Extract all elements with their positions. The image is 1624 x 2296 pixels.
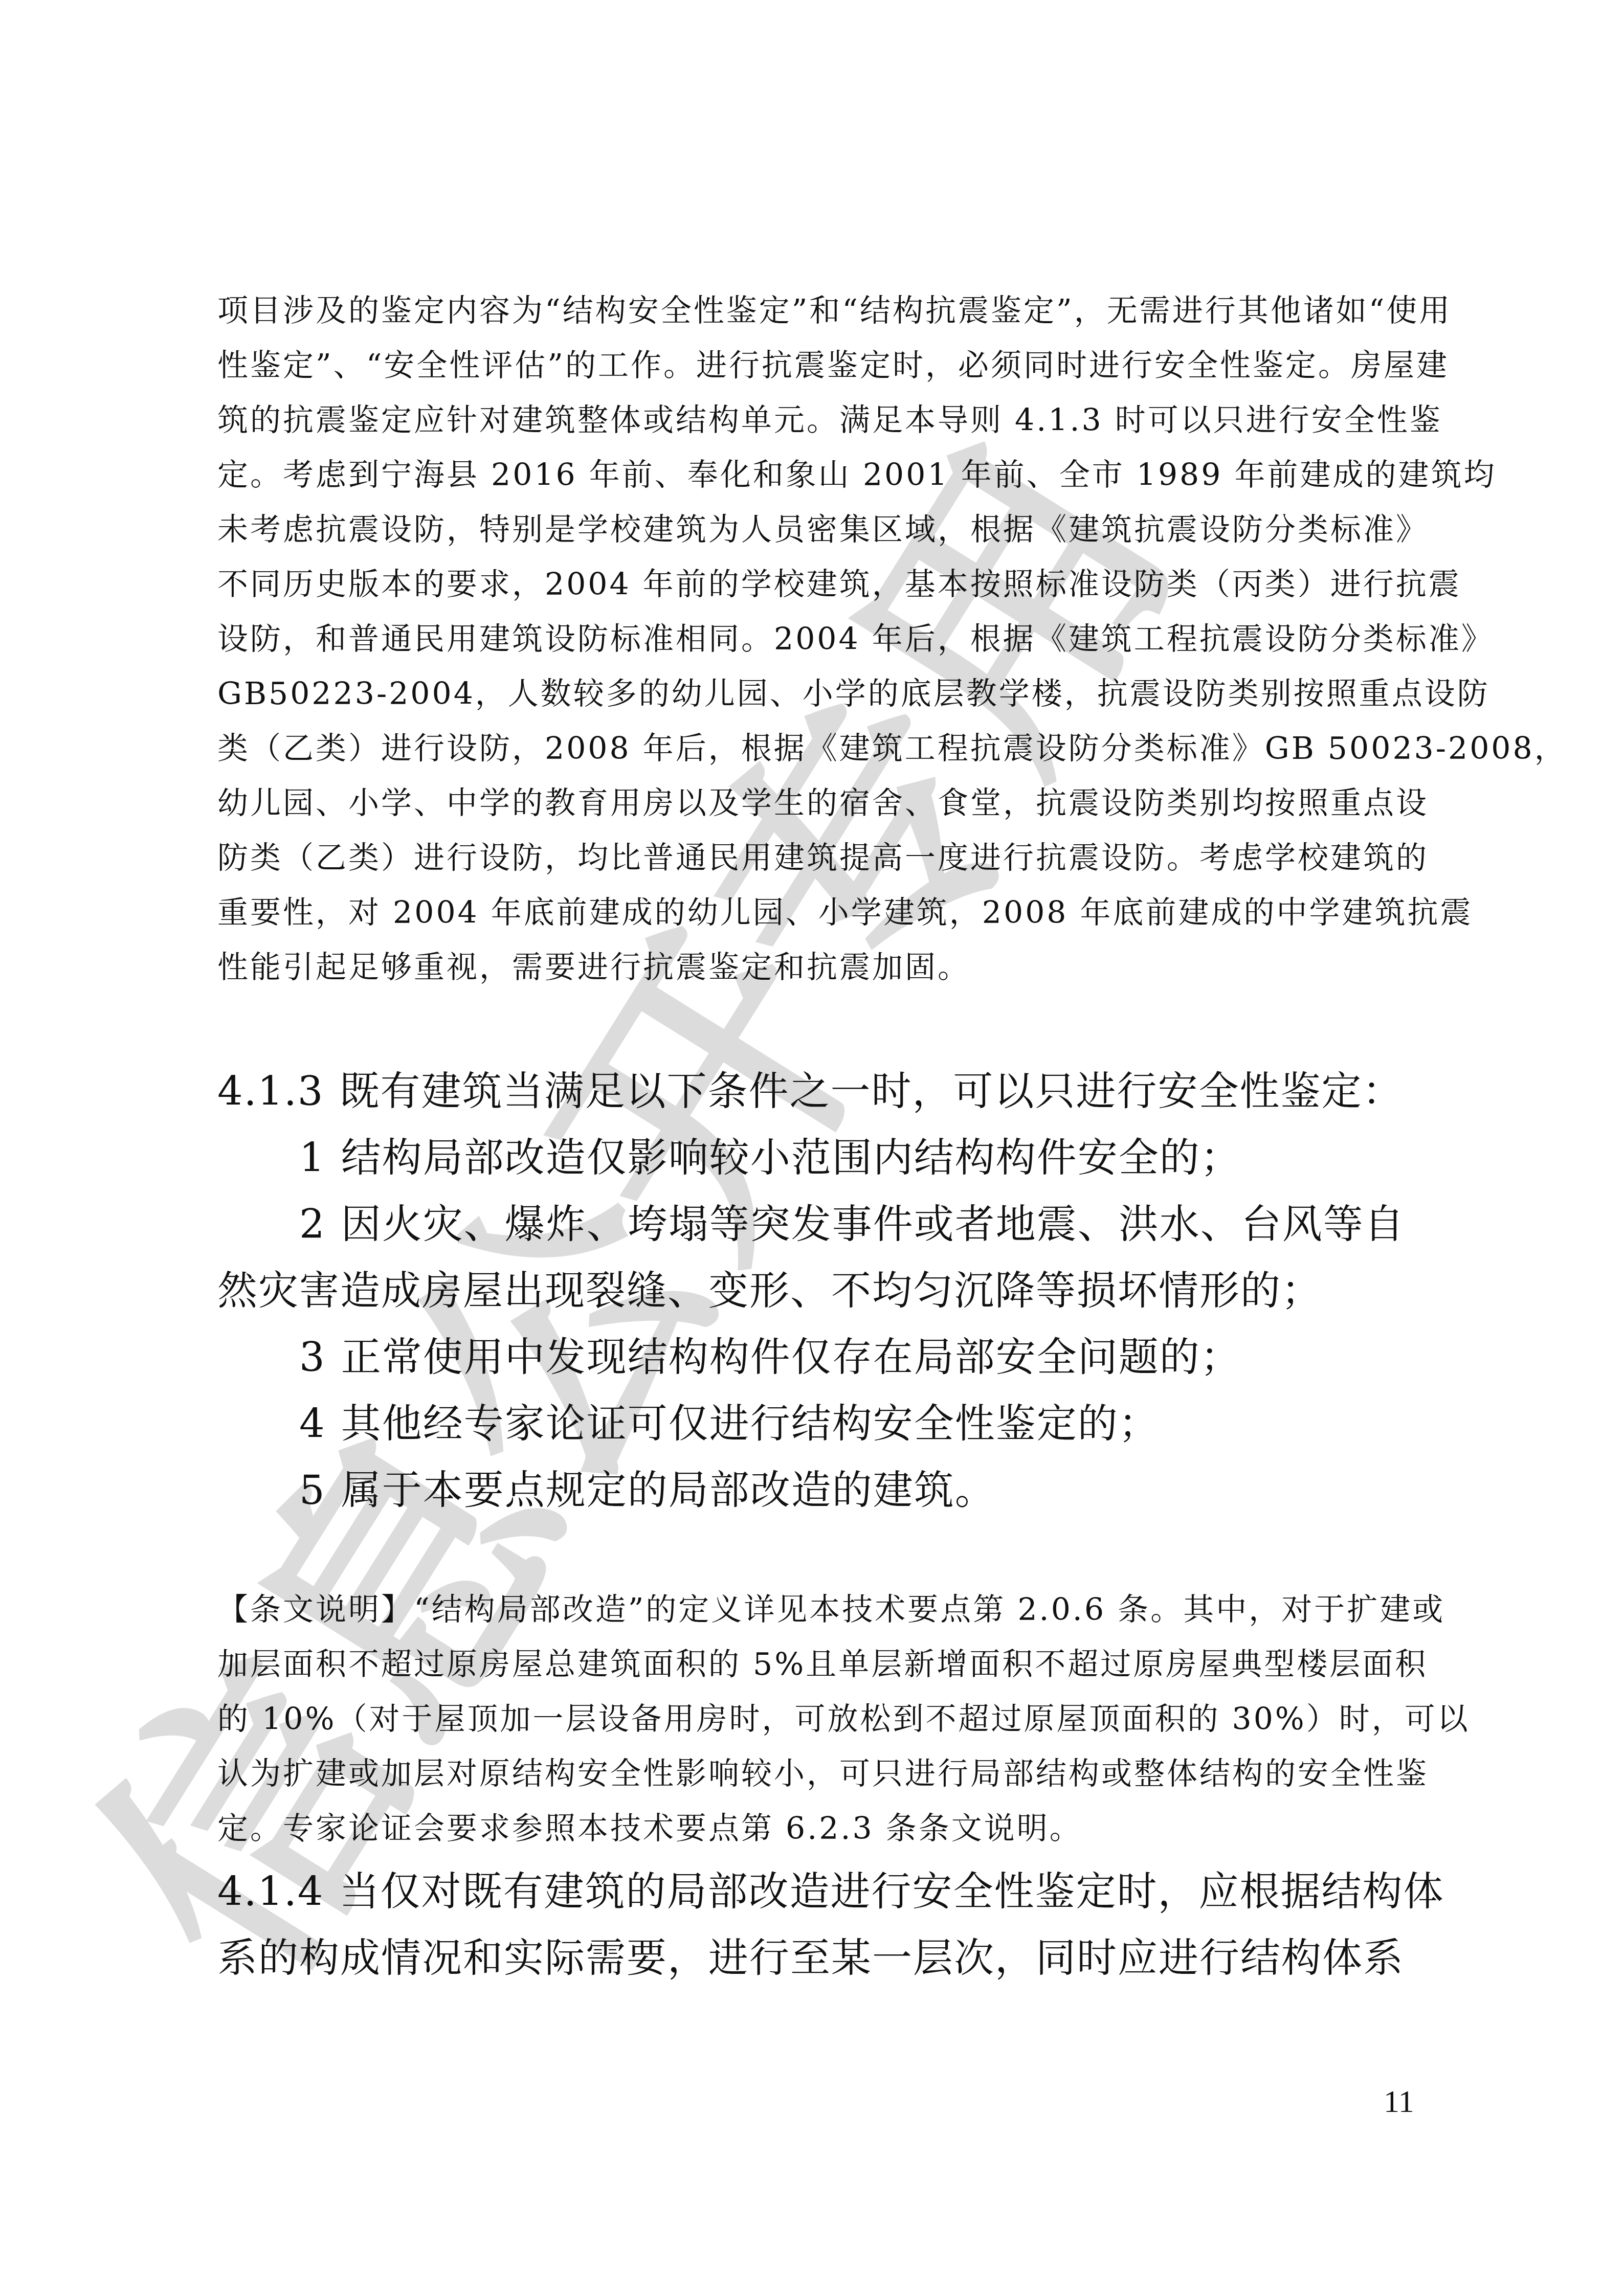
clause-number: 4.1.3 — [217, 1069, 324, 1115]
item-number: 5 — [299, 1468, 326, 1514]
paragraph-line: 防类（乙类）进行设防，均比普通民用建筑提高一度进行抗震设防。考虑学校建筑的 — [217, 831, 1412, 886]
clause-item-2: 2因火灾、爆炸、垮塌等突发事件或者地震、洪水、台风等自 — [217, 1191, 1412, 1258]
clause-text: 既有建筑当满足以下条件之一时，可以只进行安全性鉴定： — [339, 1069, 1403, 1115]
clause-heading: 4.1.4当仅对既有建筑的局部改造进行安全性鉴定时，应根据结构体 — [217, 1859, 1412, 1925]
item-text: 其他经专家论证可仅进行结构安全性鉴定的； — [341, 1401, 1160, 1447]
clause-4-1-3: 4.1.3既有建筑当满足以下条件之一时，可以只进行安全性鉴定： 1结构局部改造仅… — [217, 1059, 1412, 1524]
explanation-line: 定。专家论证会要求参照本技术要点第 6.2.3 条条文说明。 — [217, 1802, 1412, 1856]
document-page: 信息公开专用 项目涉及的鉴定内容为“结构安全性鉴定”和“结构抗震鉴定”，无需进行… — [0, 0, 1624, 2296]
clause-item-5: 5属于本要点规定的局部改造的建筑。 — [217, 1457, 1412, 1524]
item-text: 因火灾、爆炸、垮塌等突发事件或者地震、洪水、台风等自 — [341, 1202, 1405, 1248]
paragraph-line: 性能引起足够重视，需要进行抗震鉴定和抗震加固。 — [217, 940, 1412, 995]
item-number: 4 — [299, 1401, 326, 1447]
clause-number: 4.1.4 — [217, 1869, 324, 1915]
explanation-text: “结构局部改造”的定义详见本技术要点第 2.0.6 条。其中，对于扩建或 — [414, 1592, 1445, 1628]
clause-explanation: 【条文说明】“结构局部改造”的定义详见本技术要点第 2.0.6 条。其中，对于扩… — [217, 1583, 1412, 1856]
paragraph-line: 项目涉及的鉴定内容为“结构安全性鉴定”和“结构抗震鉴定”，无需进行其他诸如“使用 — [217, 284, 1412, 339]
page-number: 11 — [1384, 2084, 1414, 2120]
explanation-paragraph-1: 项目涉及的鉴定内容为“结构安全性鉴定”和“结构抗震鉴定”，无需进行其他诸如“使用… — [217, 284, 1412, 995]
explanation-line: 【条文说明】“结构局部改造”的定义详见本技术要点第 2.0.6 条。其中，对于扩… — [217, 1583, 1412, 1637]
item-number: 3 — [299, 1335, 326, 1381]
paragraph-line: 性鉴定”、“安全性评估”的工作。进行抗震鉴定时，必须同时进行安全性鉴定。房屋建 — [217, 339, 1412, 393]
explanation-line: 认为扩建或加层对原结构安全性影响较小，可只进行局部结构或整体结构的安全性鉴 — [217, 1747, 1412, 1802]
clause-heading: 4.1.3既有建筑当满足以下条件之一时，可以只进行安全性鉴定： — [217, 1059, 1412, 1125]
paragraph-line: 定。考虑到宁海县 2016 年前、奉化和象山 2001 年前、全市 1989 年… — [217, 448, 1412, 503]
paragraph-line: 类（乙类）进行设防，2008 年后，根据《建筑工程抗震设防分类标准》GB 500… — [217, 722, 1412, 776]
explanation-line: 加层面积不超过原房屋总建筑面积的 5%且单层新增面积不超过原房屋典型楼层面积 — [217, 1637, 1412, 1692]
explanation-line: 的 10%（对于屋顶加一层设备用房时，可放松到不超过原屋顶面积的 30%）时，可… — [217, 1692, 1412, 1747]
paragraph-line: 不同历史版本的要求，2004 年前的学校建筑，基本按照标准设防类（丙类）进行抗震 — [217, 557, 1412, 612]
clause-4-1-4: 4.1.4当仅对既有建筑的局部改造进行安全性鉴定时，应根据结构体 系的构成情况和… — [217, 1859, 1412, 1992]
clause-item-3: 3正常使用中发现结构构件仅存在局部安全问题的； — [217, 1324, 1412, 1391]
paragraph-line: 幼儿园、小学、中学的教育用房以及学生的宿舍、食堂，抗震设防类别均按照重点设 — [217, 776, 1412, 831]
paragraph-line: 筑的抗震鉴定应针对建筑整体或结构单元。满足本导则 4.1.3 时可以只进行安全性… — [217, 393, 1412, 448]
clause-text: 当仅对既有建筑的局部改造进行安全性鉴定时，应根据结构体 — [339, 1869, 1444, 1915]
clause-item-1: 1结构局部改造仅影响较小范围内结构构件安全的； — [217, 1125, 1412, 1191]
paragraph-line: GB50223-2004，人数较多的幼儿园、小学的底层教学楼，抗震设防类别按照重… — [217, 667, 1412, 722]
clause-item-2-continued: 然灾害造成房屋出现裂缝、变形、不均匀沉降等损坏情形的； — [217, 1258, 1412, 1324]
item-text: 结构局部改造仅影响较小范围内结构构件安全的； — [341, 1135, 1241, 1181]
item-text: 正常使用中发现结构构件仅存在局部安全问题的； — [341, 1335, 1241, 1381]
clause-text-continued: 系的构成情况和实际需要，进行至某一层次，同时应进行结构体系 — [217, 1925, 1412, 1992]
clause-item-4: 4其他经专家论证可仅进行结构安全性鉴定的； — [217, 1391, 1412, 1457]
paragraph-line: 未考虑抗震设防，特别是学校建筑为人员密集区域，根据《建筑抗震设防分类标准》 — [217, 503, 1412, 557]
item-number: 1 — [299, 1135, 326, 1181]
paragraph-line: 设防，和普通民用建筑设防标准相同。2004 年后，根据《建筑工程抗震设防分类标准… — [217, 612, 1412, 667]
item-number: 2 — [299, 1202, 326, 1248]
paragraph-line: 重要性，对 2004 年底前建成的幼儿园、小学建筑，2008 年底前建成的中学建… — [217, 886, 1412, 940]
item-text: 属于本要点规定的局部改造的建筑。 — [341, 1468, 996, 1514]
explanation-label: 【条文说明】 — [217, 1592, 414, 1628]
